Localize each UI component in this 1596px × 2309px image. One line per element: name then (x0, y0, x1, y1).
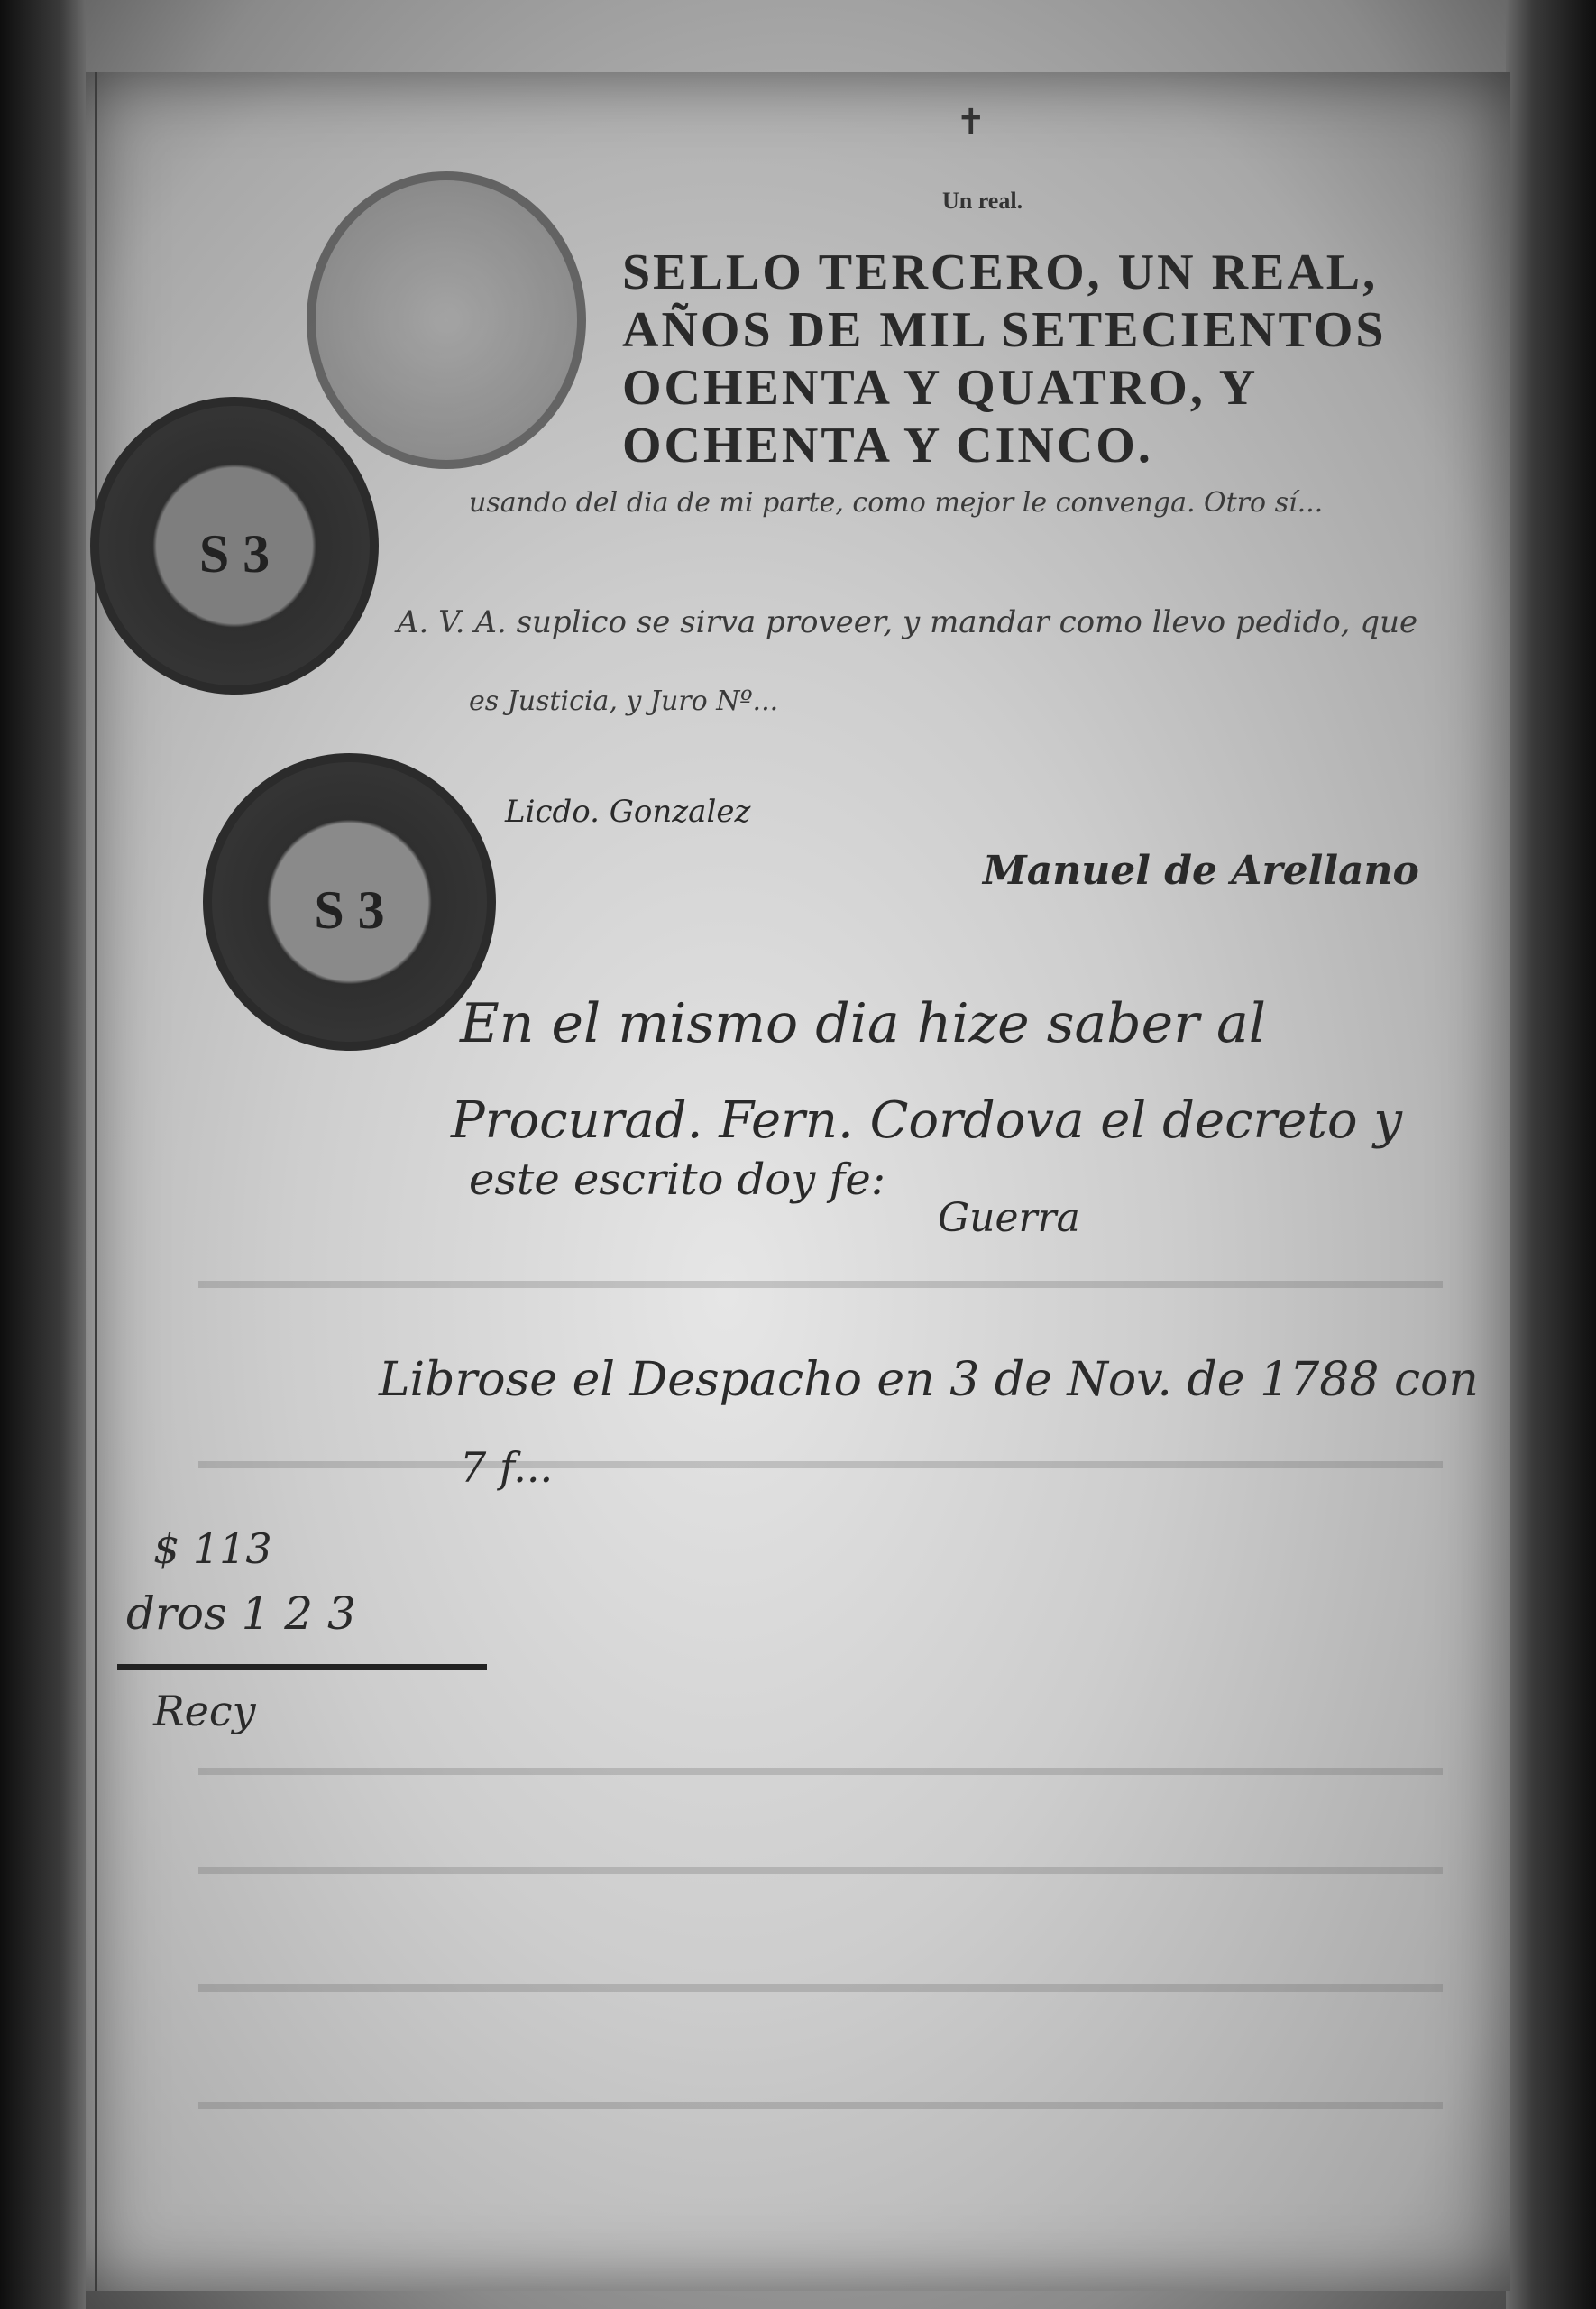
seal-label: S 3 (212, 879, 487, 942)
royal-arms-seal (307, 171, 586, 469)
notification-line: este escrito doy fe: (469, 1154, 885, 1205)
stamp-line: OCHENTA Y CINCO. (622, 417, 1461, 474)
bleed-through-line (198, 1281, 1443, 1288)
signature-guerra: Guerra (938, 1195, 1080, 1241)
seal-s3-upper: S 3 (90, 397, 379, 695)
scan-left-edge (0, 0, 86, 2309)
bleed-through-line (198, 1984, 1443, 1992)
notification-line: Procurad. Fern. Cordova el decreto y (451, 1091, 1402, 1150)
stamp-heading: SELLO TERCERO, UN REAL, AÑOS DE MIL SETE… (622, 244, 1461, 474)
petition-line: es Justicia, y Juro Nº... (469, 685, 778, 717)
dispatch-line: 7 f... (460, 1443, 553, 1492)
bleed-through-line (198, 1768, 1443, 1775)
bleed-through-line (198, 1867, 1443, 1874)
signature-gonzalez: Licdo. Gonzalez (505, 794, 750, 830)
stamp-line: AÑOS DE MIL SETECIENTOS (622, 301, 1461, 359)
dispatch-line: Librose el Despacho en 3 de Nov. de 1788… (379, 1353, 1479, 1407)
seal-label: S 3 (99, 523, 370, 585)
margin-rule (117, 1664, 487, 1670)
notification-line: En el mismo dia hize saber al (460, 992, 1266, 1055)
petition-line: A. V. A. suplico se sirva proveer, y man… (397, 604, 1417, 640)
margin-note: Recy (153, 1687, 256, 1735)
seal-s3-lower: S 3 (203, 753, 496, 1051)
margin-line (95, 72, 97, 2291)
bleed-through-line (198, 2102, 1443, 2109)
signature-arellano: Manuel de Arellano (983, 848, 1419, 894)
stamp-line: OCHENTA Y QUATRO, Y (622, 359, 1461, 417)
stamp-line: SELLO TERCERO, UN REAL, (622, 244, 1461, 301)
stamp-value-label: Un real. (942, 188, 1023, 215)
bleed-through-line (198, 1461, 1443, 1468)
scan-right-edge (1506, 0, 1596, 2309)
petition-line: usando del dia de mi parte, como mejor l… (469, 487, 1323, 519)
margin-note: dros 1 2 3 (126, 1587, 356, 1640)
cross-icon: ✝ (956, 101, 986, 143)
margin-note: $ 113 (153, 1524, 272, 1573)
